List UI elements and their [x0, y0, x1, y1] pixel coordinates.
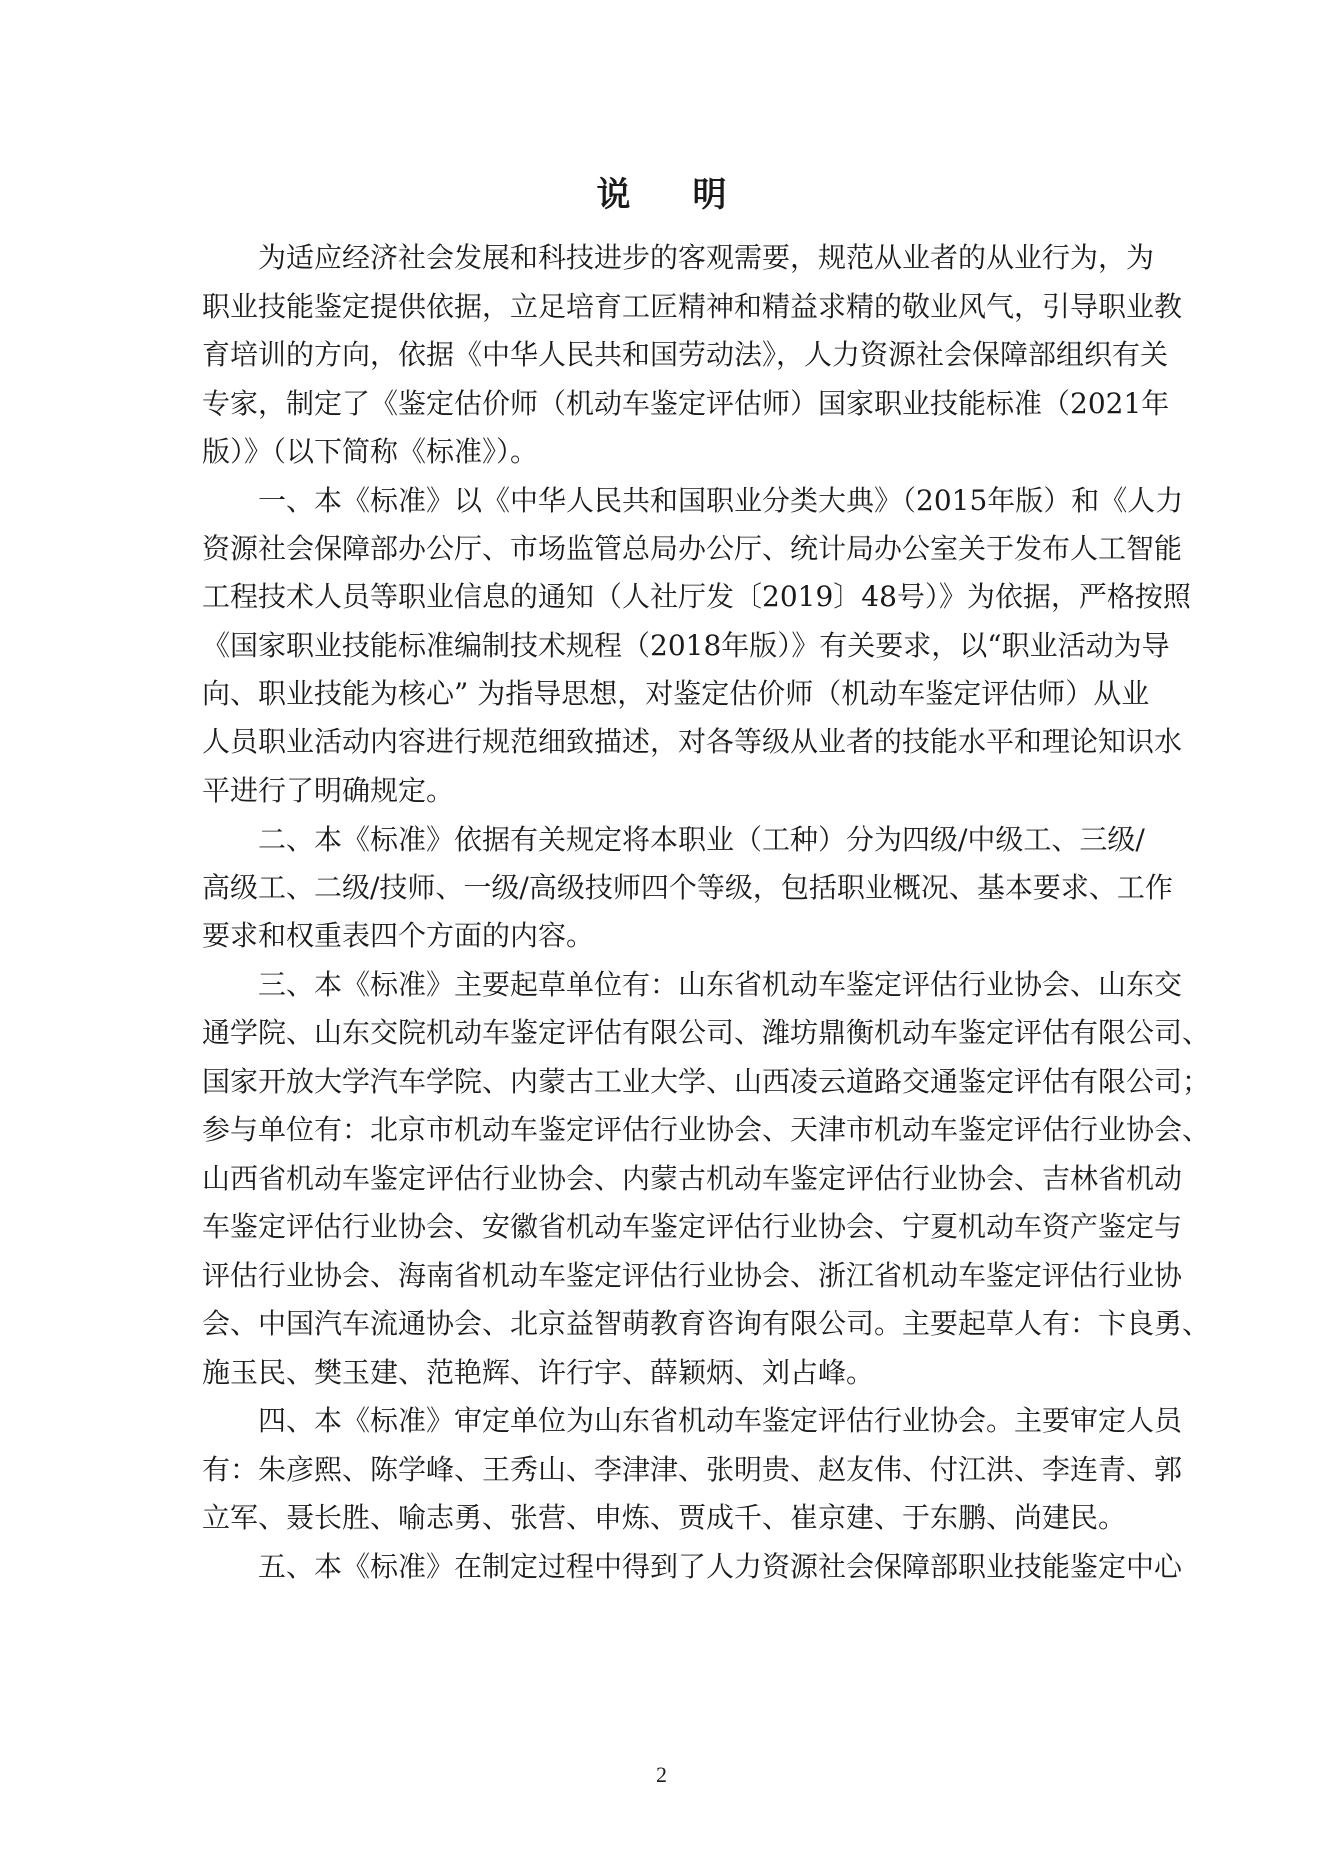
text-line: 育培训的方向，依据《中华人民共和国劳动法》，人力资源社会保障部组织有关 — [202, 335, 1126, 375]
text-line: 评估行业协会、海南省机动车鉴定评估行业协会、浙江省机动车鉴定评估行业协 — [202, 1256, 1126, 1296]
page-title: 说明 — [0, 172, 1323, 218]
text-line: 四、本《标准》审定单位为山东省机动车鉴定评估行业协会。主要审定人员 — [258, 1401, 1126, 1441]
text-line: 会、中国汽车流通协会、北京益智萌教育咨询有限公司。主要起草人有：卞良勇、 — [202, 1304, 1126, 1344]
text-line: 要求和权重表四个方面的内容。 — [202, 916, 1126, 956]
text-line: 版）》（以下简称《标准》）。 — [202, 432, 1126, 472]
text-line: 车鉴定评估行业协会、安徽省机动车鉴定评估行业协会、宁夏机动车资产鉴定与 — [202, 1207, 1126, 1247]
text-line: 一、本《标准》以《中华人民共和国职业分类大典》（2015年版）和《人力 — [258, 481, 1126, 521]
text-line: 专家，制定了《鉴定估价师（机动车鉴定评估师）国家职业技能标准（2021年 — [202, 384, 1126, 424]
text-line: 职业技能鉴定提供依据，立足培育工匠精神和精益求精的敬业风气，引导职业教 — [202, 287, 1126, 327]
text-line: 为适应经济社会发展和科技进步的客观需要，规范从业者的从业行为，为 — [258, 238, 1126, 278]
text-line: 参与单位有：北京市机动车鉴定评估行业协会、天津市机动车鉴定评估行业协会、 — [202, 1110, 1126, 1150]
text-line: 三、本《标准》主要起草单位有：山东省机动车鉴定评估行业协会、山东交 — [258, 965, 1126, 1005]
text-line: 二、本《标准》依据有关规定将本职业（工种）分为四级/中级工、三级/ — [258, 820, 1126, 860]
text-line: 有：朱彦熙、陈学峰、王秀山、李津津、张明贵、赵友伟、付江洪、李连青、郭 — [202, 1450, 1126, 1490]
text-line: 平进行了明确规定。 — [202, 771, 1126, 811]
text-line: 山西省机动车鉴定评估行业协会、内蒙古机动车鉴定评估行业协会、吉林省机动 — [202, 1159, 1126, 1199]
text-line: 工程技术人员等职业信息的通知（人社厅发〔2019〕48号）》为依据，严格按照 — [202, 577, 1126, 617]
text-line: 资源社会保障部办公厅、市场监管总局办公厅、统计局办公室关于发布人工智能 — [202, 529, 1126, 569]
text-line: 施玉民、樊玉建、范艳辉、许行宇、薛颖炳、刘占峰。 — [202, 1353, 1126, 1393]
text-line: 人员职业活动内容进行规范细致描述，对各等级从业者的技能水平和理论知识水 — [202, 722, 1126, 762]
text-line: 高级工、二级/技师、一级/高级技师四个等级，包括职业概况、基本要求、工作 — [202, 868, 1126, 908]
text-line: 立军、聂长胜、喻志勇、张营、申炼、贾成千、崔京建、于东鹏、尚建民。 — [202, 1498, 1126, 1538]
text-line: 向、职业技能为核心” 为指导思想，对鉴定估价师（机动车鉴定评估师）从业 — [202, 674, 1126, 714]
page-number: 2 — [0, 1762, 1323, 1788]
text-line: 五、本《标准》在制定过程中得到了人力资源社会保障部职业技能鉴定中心 — [258, 1547, 1126, 1587]
text-line: 《国家职业技能标准编制技术规程（2018年版）》有关要求，以“职业活动为导 — [202, 626, 1126, 666]
text-line: 国家开放大学汽车学院、内蒙古工业大学、山西凌云道路交通鉴定评估有限公司； — [202, 1062, 1126, 1102]
text-line: 通学院、山东交院机动车鉴定评估有限公司、潍坊鼎衡机动车鉴定评估有限公司、 — [202, 1013, 1126, 1053]
